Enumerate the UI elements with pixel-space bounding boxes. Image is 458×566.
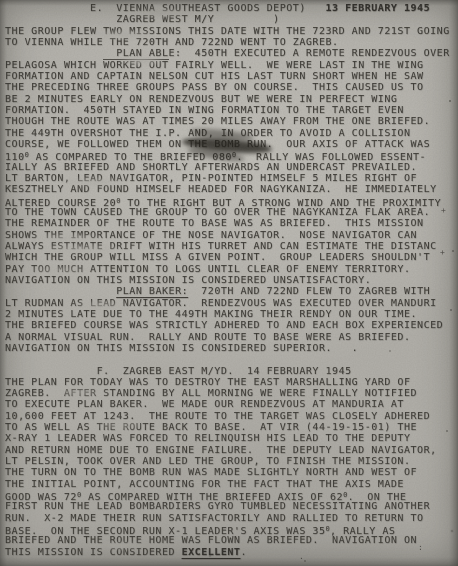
doc-line: AND RETURN HOME DUE TO ENGINE FAILURE. T…: [5, 445, 458, 456]
doc-line: TO VIENNA WHILE THE 720TH AND 722ND WENT…: [5, 37, 458, 48]
doc-run: PELAGOSA WHICH: [5, 60, 103, 71]
doc-run: THE BRIEFED COURSE WAS STRICTLY ADHERED …: [5, 320, 443, 331]
doc-line: PAY TOO MUCH ATTENTION TO LOGS UNTIL CLE…: [5, 264, 458, 275]
doc-line: BE 2 MINUTES EARLY ON RENDEZVOUS BUT WE …: [5, 94, 458, 105]
doc-run: THE INITIAL POINT, ACCOUNTING FOR THE FA…: [5, 479, 404, 490]
doc-run: FAIRLY WELL. WE WERE LAST IN THE WING: [169, 60, 424, 71]
doc-line: LT RUDMAN AS LEAD NAVIGATOR. RENDEZVOUS …: [5, 298, 458, 309]
doc-run: THE PLAN FOR TODAY WAS TO DESTROY THE EA…: [5, 377, 411, 388]
doc-run: LT PELSIN, TOOK OVER AND LED THE GROUP, …: [5, 456, 411, 467]
doc-run: ZAGREB. AFTER STANDING BY ALL MORNING WE…: [5, 388, 417, 399]
typewritten-text: E. VIENNA SOUTHEAST GOODS DEPOT) 13 FEBR…: [5, 3, 458, 558]
doc-run: IALLY AS BRIEFED AND SHORTLY AFTERWARDS …: [5, 162, 417, 173]
doc-run: KESZTHELY AND FOUND HIMSELF HEADED FOR N…: [5, 184, 437, 195]
doc-run-u-b: EXCELLENT: [182, 547, 241, 558]
doc-run: TO EXECUTE PLAN BAKER. WE MADE OUR RENDE…: [5, 399, 404, 410]
doc-line: PLAN ABLE: 450TH EXECUTED A REMOTE RENDE…: [5, 48, 458, 59]
doc-line: COURSE, WE FOLLOWED THEM ON THE BOMB RUN…: [5, 139, 458, 150]
doc-line: WHICH THE GROUP WILL MISS A GIVEN POINT.…: [5, 252, 458, 263]
doc-line: IALLY AS BRIEFED AND SHORTLY AFTERWARDS …: [5, 162, 458, 173]
doc-line: E. VIENNA SOUTHEAST GOODS DEPOT) 13 FEBR…: [5, 3, 458, 14]
doc-line: THE TURN ON TO THE BOMB RUN WAS MADE SLI…: [5, 467, 458, 478]
doc-run-ol: WORKED OUT: [103, 59, 168, 71]
doc-line: BASE. ON THE SECOND RUN X-1 LEADER'S AXI…: [5, 524, 458, 535]
doc-line: THE GROUP FLEW TWO MISSIONS THIS DATE WI…: [5, 26, 458, 37]
doc-run: THOUGH THE ROUTE WAS AT TIMES 20 MILES A…: [5, 116, 430, 127]
doc-run-b: 13 FEBRUARY 1945: [325, 3, 430, 14]
doc-line: THE REMAINDER OF THE ROUTE TO BASE WAS A…: [5, 218, 458, 229]
doc-line: GOOD WAS 720 AS COMPARED WITH THE BRIEFE…: [5, 490, 458, 501]
doc-line: THIS MISSION IS CONSIDERED EXCELLENT.: [5, 547, 458, 558]
doc-run: COURSE, WE FOLLOWED THEM ON THE BOMB RUN…: [5, 139, 430, 150]
doc-run: THE REMAINDER OF THE ROUTE TO BASE WAS A…: [5, 218, 424, 229]
doc-line: NAVIGATION ON THIS MISSION IS CONSIDERED…: [5, 343, 458, 354]
doc-line: KESZTHELY AND FOUND HIMSELF HEADED FOR N…: [5, 184, 458, 195]
doc-line: ALWAYS ESTIMATE DRIFT WITH HIS TURRET AN…: [5, 241, 458, 252]
doc-line: THE INITIAL POINT, ACCOUNTING FOR THE FA…: [5, 479, 458, 490]
doc-run: LT RUDMAN AS LEAD NAVIGATOR. RENDEZVOUS …: [5, 298, 437, 309]
doc-run: THE PRECEDING THREE GROUPS PASS BY ON CO…: [5, 82, 424, 93]
doc-run: FORMATION AND CAPTAIN NELSON CUT HIS LAS…: [5, 71, 424, 82]
doc-run: AND RETURN HOME DUE TO ENGINE FAILURE. T…: [5, 445, 437, 456]
doc-line: ZAGREB. AFTER STANDING BY ALL MORNING WE…: [5, 388, 458, 399]
doc-line: NAVIGATION ON THIS MISSION IS CONSIDERED…: [5, 275, 458, 286]
doc-run: LT BARTON, LEAD NAVIGATOR, PIN-POINTED H…: [5, 173, 417, 184]
doc-run: TO THE TOWN CAUSED THE GROUP TO GO OVER …: [5, 207, 430, 218]
doc-run: PAY TOO MUCH ATTENTION TO LOGS UNTIL CLE…: [5, 264, 411, 275]
doc-line: 10,600 FEET AT 1243. THE ROUTE TO THE TA…: [5, 411, 458, 422]
doc-run: THE GROUP FLEW TWO MISSIONS THIS DATE WI…: [5, 26, 450, 37]
doc-run: F. ZAGREB EAST M/YD. 14 FEBRUARY 1945: [5, 366, 352, 377]
doc-run: [5, 286, 116, 297]
doc-run: FORMATION. 450TH STAYED IN WING FORMATIO…: [5, 105, 404, 116]
doc-run: ALWAYS ESTIMATE DRIFT WITH HIS TURRET AN…: [5, 241, 437, 252]
doc-line: A NORMAL VISUAL RUN. RALLY AND ROUTE TO …: [5, 332, 458, 343]
doc-run: A NORMAL VISUAL RUN. RALLY AND ROUTE TO …: [5, 332, 411, 343]
doc-run: TO AS WELL AS THE ROUTE BACK TO BASE. AT…: [5, 422, 417, 433]
doc-line: 1100 AS COMPARED TO THE BRIEFED 0800. RA…: [5, 150, 458, 161]
doc-line: THE PLAN FOR TODAY WAS TO DESTROY THE EA…: [5, 377, 458, 388]
doc-run: TO VIENNA WHILE THE 720TH AND 722ND WENT…: [5, 37, 339, 48]
doc-line: LT PELSIN, TOOK OVER AND LED THE GROUP, …: [5, 456, 458, 467]
doc-line: BRIEFED AND THE ROUTE HOME WAS FLOWN AS …: [5, 535, 458, 546]
doc-line: RUN. X-2 MADE THEIR RUN SATISFACTORILY A…: [5, 513, 458, 524]
doc-run: SHOWS THE IMPORTANCE OF THE NOSE NAVIGAT…: [5, 230, 417, 241]
doc-line: LT BARTON, LEAD NAVIGATOR, PIN-POINTED H…: [5, 173, 458, 184]
doc-run: X-RAY 1 LEADER WAS FORCED TO RELINQUISH …: [5, 433, 411, 444]
paper-specks: [449, 100, 451, 102]
doc-line: THE BRIEFED COURSE WAS STRICTLY ADHERED …: [5, 320, 458, 331]
doc-line: X-RAY 1 LEADER WAS FORCED TO RELINQUISH …: [5, 433, 458, 444]
doc-line: TO AS WELL AS THE ROUTE BACK TO BASE. AT…: [5, 422, 458, 433]
doc-line: PELAGOSA WHICH WORKED OUT FAIRLY WELL. W…: [5, 60, 458, 71]
doc-run: THIS MISSION IS CONSIDERED: [5, 547, 182, 558]
doc-run: 720TH AND 722ND FLEW TO ZAGREB WITH: [188, 286, 430, 297]
doc-line: ZAGREB WEST M/Y ): [5, 14, 458, 25]
doc-run: PLAN ABLE: 450TH EXECUTED A REMOTE RENDE…: [5, 48, 450, 59]
doc-run-u: PLAN BAKER:: [116, 286, 188, 297]
doc-run: BRIEFED AND THE ROUTE HOME WAS FLOWN AS …: [5, 535, 417, 546]
doc-run: ZAGREB WEST M/Y ): [5, 14, 280, 25]
doc-run: WHICH THE GROUP WILL MISS A GIVEN POINT.…: [5, 252, 430, 263]
doc-line: TO EXECUTE PLAN BAKER. WE MADE OUR RENDE…: [5, 399, 458, 410]
doc-run: 2 MINUTES LATE DUE TO THE 449TH MAKING T…: [5, 309, 417, 320]
doc-line: F. ZAGREB EAST M/YD. 14 FEBRUARY 1945: [5, 366, 458, 377]
doc-run: BE 2 MINUTES EARLY ON RENDEZVOUS BUT WE …: [5, 94, 397, 105]
doc-run: THE 449TH OVERSHOT THE I.P. AND, IN ORDE…: [5, 128, 411, 139]
doc-run: 10,600 FEET AT 1243. THE ROUTE TO THE TA…: [5, 411, 430, 422]
doc-run: THE TURN ON TO THE BOMB RUN WAS MADE SLI…: [5, 467, 417, 478]
doc-run: RUN. X-2 MADE THEIR RUN SATISFACTORILY A…: [5, 513, 424, 524]
doc-run: .: [240, 547, 247, 558]
document-page: E. VIENNA SOUTHEAST GOODS DEPOT) 13 FEBR…: [0, 0, 458, 566]
doc-run: FIRST RUN THE LEAD BOMBARDIERS GYRO TUMB…: [5, 501, 430, 512]
doc-line: [5, 354, 458, 365]
doc-run: NAVIGATION ON THIS MISSION IS CONSIDERED…: [5, 343, 358, 354]
doc-line: 2 MINUTES LATE DUE TO THE 449TH MAKING T…: [5, 309, 458, 320]
doc-line: FORMATION. 450TH STAYED IN WING FORMATIO…: [5, 105, 458, 116]
doc-run: NAVIGATION ON THIS MISSION IS CONSIDERED…: [5, 275, 371, 286]
doc-line: SHOWS THE IMPORTANCE OF THE NOSE NAVIGAT…: [5, 230, 458, 241]
doc-line: THE 449TH OVERSHOT THE I.P. AND, IN ORDE…: [5, 128, 458, 139]
doc-line: TO THE TOWN CAUSED THE GROUP TO GO OVER …: [5, 207, 458, 218]
doc-line: THE PRECEDING THREE GROUPS PASS BY ON CO…: [5, 82, 458, 93]
doc-line: THOUGH THE ROUTE WAS AT TIMES 20 MILES A…: [5, 116, 458, 127]
doc-line: FIRST RUN THE LEAD BOMBARDIERS GYRO TUMB…: [5, 501, 458, 512]
doc-line: PLAN BAKER: 720TH AND 722ND FLEW TO ZAGR…: [5, 286, 458, 297]
doc-run: E. VIENNA SOUTHEAST GOODS DEPOT): [5, 3, 325, 14]
doc-line: ALTERED COURSE 200 TO THE RIGHT BUT A ST…: [5, 196, 458, 207]
doc-line: FORMATION AND CAPTAIN NELSON CUT HIS LAS…: [5, 71, 458, 82]
